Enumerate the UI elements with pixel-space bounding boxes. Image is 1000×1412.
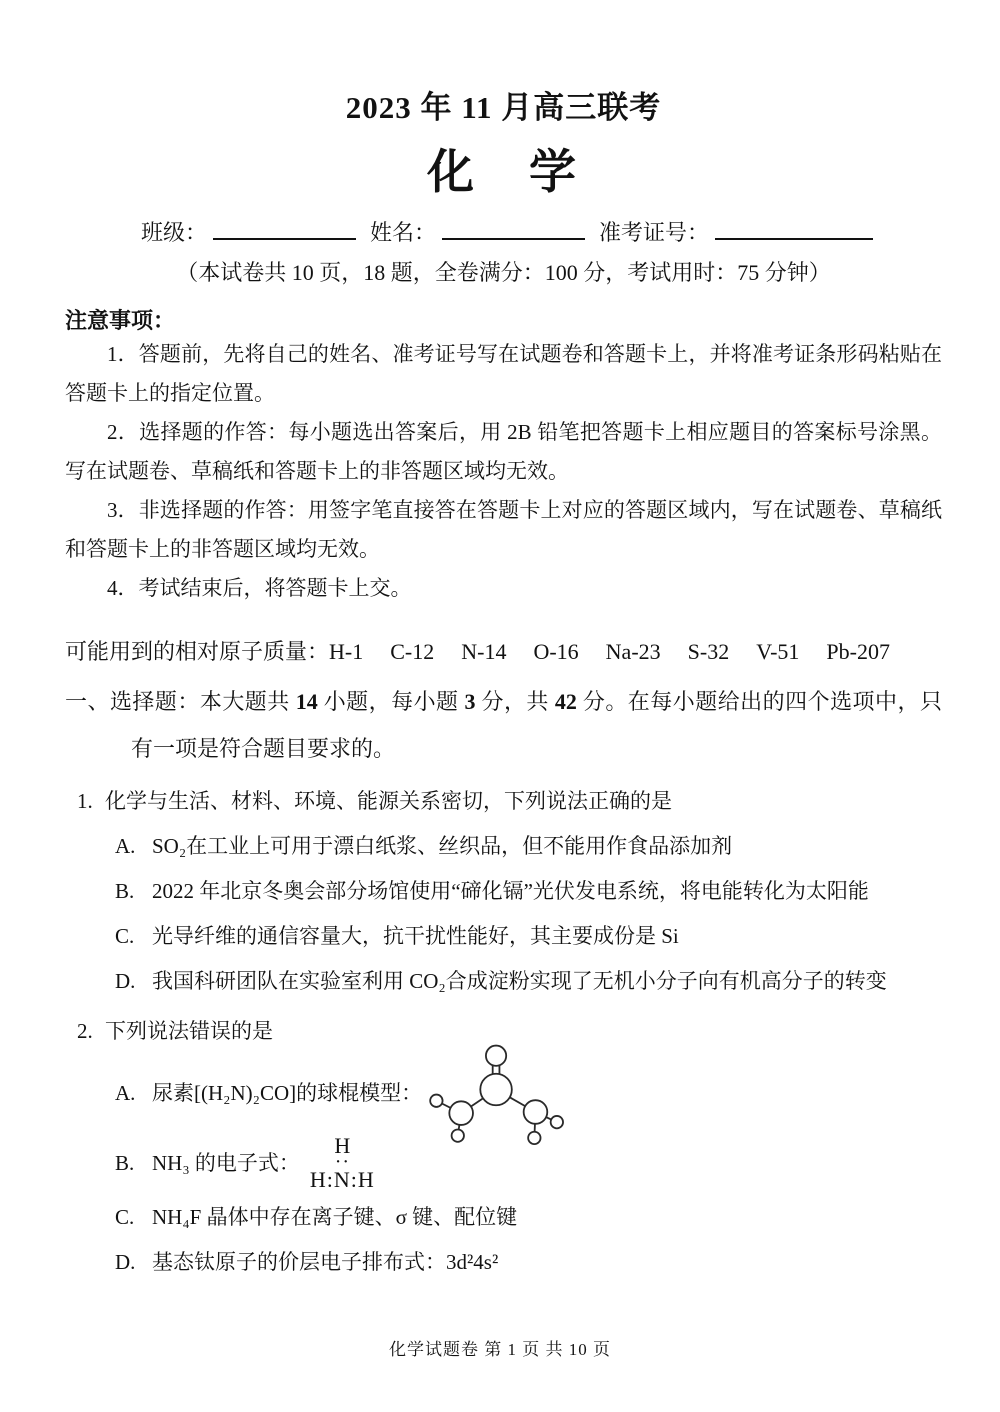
question-number: 1. xyxy=(77,780,105,822)
section-text: 一、选择题：本大题共 xyxy=(65,689,296,714)
atomic-mass-value: Na-23 xyxy=(606,639,661,664)
option-c: C. NH₄F 晶体中存在离子键、σ 键、配位键 xyxy=(115,1197,942,1238)
atomic-mass-value: V-51 xyxy=(756,639,799,664)
option-text: SO₂在工业上可用于漂白纸浆、丝织品，但不能用作食品添加剂 xyxy=(152,826,942,867)
section-count-bold: 14 xyxy=(296,689,318,714)
paper-info: （本试卷共 10 页，18 题，全卷满分：100 分，考试用时：75 分钟） xyxy=(65,256,942,287)
electron-formula-bottom: H:N:H xyxy=(310,1167,375,1193)
option-label: B. xyxy=(115,871,152,912)
atomic-mass-value: N-14 xyxy=(461,639,506,664)
option-text: NH₃ 的电子式： xyxy=(152,1143,300,1184)
section-points-bold: 3 xyxy=(465,689,476,714)
notice-item-4: 4．考试结束后，将答题卡上交。 xyxy=(65,569,942,608)
notice-heading: 注意事项： xyxy=(65,304,942,335)
option-text: 光导纤维的通信容量大，抗干扰性能好，其主要成份是 Si xyxy=(152,916,942,957)
question-number: 2. xyxy=(77,1010,105,1052)
page-footer: 化学试题卷 第 1 页 共 10 页 xyxy=(0,1335,1000,1360)
atomic-mass-value: O-16 xyxy=(533,639,578,664)
name-blank-underline xyxy=(442,218,585,240)
question-stem: 化学与生活、材料、环境、能源关系密切，下列说法正确的是 xyxy=(105,780,942,822)
section-text: 分，共 xyxy=(476,689,555,714)
option-label: D. xyxy=(115,1242,152,1283)
option-a: A. SO₂在工业上可用于漂白纸浆、丝织品，但不能用作食品添加剂 xyxy=(115,826,942,867)
option-label: C. xyxy=(115,916,152,957)
option-text: 2022 年北京冬奥会部分场馆使用“碲化镉”光伏发电系统，将电能转化为太阳能 xyxy=(152,871,942,912)
student-info-line: 班级：姓名：准考证号： xyxy=(65,216,942,247)
notice-list: 1．答题前，先将自己的姓名、准考证号写在试题卷和答题卡上，并将准考证条形码粘贴在… xyxy=(65,335,942,608)
subject-title: 化 学 xyxy=(65,135,942,202)
option-a: A. 尿素[(H₂N)₂CO]的球棍模型： xyxy=(115,1056,942,1130)
option-text: 尿素[(H₂N)₂CO]的球棍模型： xyxy=(152,1073,422,1114)
section-total-bold: 42 xyxy=(555,689,577,714)
section-text: 小题，每小题 xyxy=(318,689,465,714)
atomic-mass-value: S-32 xyxy=(688,639,730,664)
notice-item-1: 1．答题前，先将自己的姓名、准考证号写在试题卷和答题卡上，并将准考证条形码粘贴在… xyxy=(65,335,942,413)
urea-ball-and-stick-icon xyxy=(424,1030,576,1158)
option-label: B. xyxy=(115,1143,152,1184)
exam-paper-page: 2023 年 11 月高三联考 化 学 班级：姓名：准考证号： （本试卷共 10… xyxy=(0,0,1000,1412)
option-text: 我国科研团队在实验室利用 CO₂合成淀粉实现了无机小分子向有机高分子的转变 xyxy=(152,961,942,1002)
option-text: 基态钛原子的价层电子排布式：3d²4s² xyxy=(152,1242,942,1283)
class-blank-underline xyxy=(213,218,356,240)
option-label: C. xyxy=(115,1197,152,1238)
name-label: 姓名： xyxy=(370,220,436,245)
atomic-masses-line: 可能用到的相对原子质量：H-1C-12N-14O-16Na-23S-32V-51… xyxy=(65,635,942,666)
ticket-blank-underline xyxy=(715,218,873,240)
exam-title: 2023 年 11 月高三联考 xyxy=(65,0,942,127)
atomic-masses-label: 可能用到的相对原子质量： xyxy=(65,639,329,664)
notice-item-2: 2．选择题的作答：每小题选出答案后，用 2B 铅笔把答题卡上相应题目的答案标号涂… xyxy=(65,413,942,491)
electron-formula-lone-pair: ·· xyxy=(310,1158,375,1167)
section-one-heading: 一、选择题：本大题共 14 小题，每小题 3 分，共 42 分。在每小题给出的四… xyxy=(65,678,942,772)
notice-item-3: 3．非选择题的作答：用签字笔直接答在答题卡上对应的答题区域内，写在试题卷、草稿纸… xyxy=(65,491,942,569)
option-d: D. 基态钛原子的价层电子排布式：3d²4s² xyxy=(115,1242,942,1283)
option-text: NH₄F 晶体中存在离子键、σ 键、配位键 xyxy=(152,1197,942,1238)
option-b: B. 2022 年北京冬奥会部分场馆使用“碲化镉”光伏发电系统，将电能转化为太阳… xyxy=(115,871,942,912)
ticket-label: 准考证号： xyxy=(599,220,709,245)
option-d: D. 我国科研团队在实验室利用 CO₂合成淀粉实现了无机小分子向有机高分子的转变 xyxy=(115,961,942,1002)
atomic-mass-value: H-1 xyxy=(329,639,363,664)
option-label: A. xyxy=(115,1073,152,1114)
atomic-mass-value: C-12 xyxy=(390,639,434,664)
atomic-mass-value: Pb-207 xyxy=(826,639,890,664)
option-label: D. xyxy=(115,961,152,1002)
option-c: C. 光导纤维的通信容量大，抗干扰性能好，其主要成份是 Si xyxy=(115,916,942,957)
nh3-electron-formula: H ·· H:N:H xyxy=(310,1134,375,1193)
question-1: 1. 化学与生活、材料、环境、能源关系密切，下列说法正确的是 A. SO₂在工业… xyxy=(65,780,942,1002)
question-2: 2. 下列说法错误的是 A. 尿素[(H₂N)₂CO]的球棍模型： xyxy=(65,1010,942,1283)
class-label: 班级： xyxy=(141,220,207,245)
option-label: A. xyxy=(115,826,152,867)
